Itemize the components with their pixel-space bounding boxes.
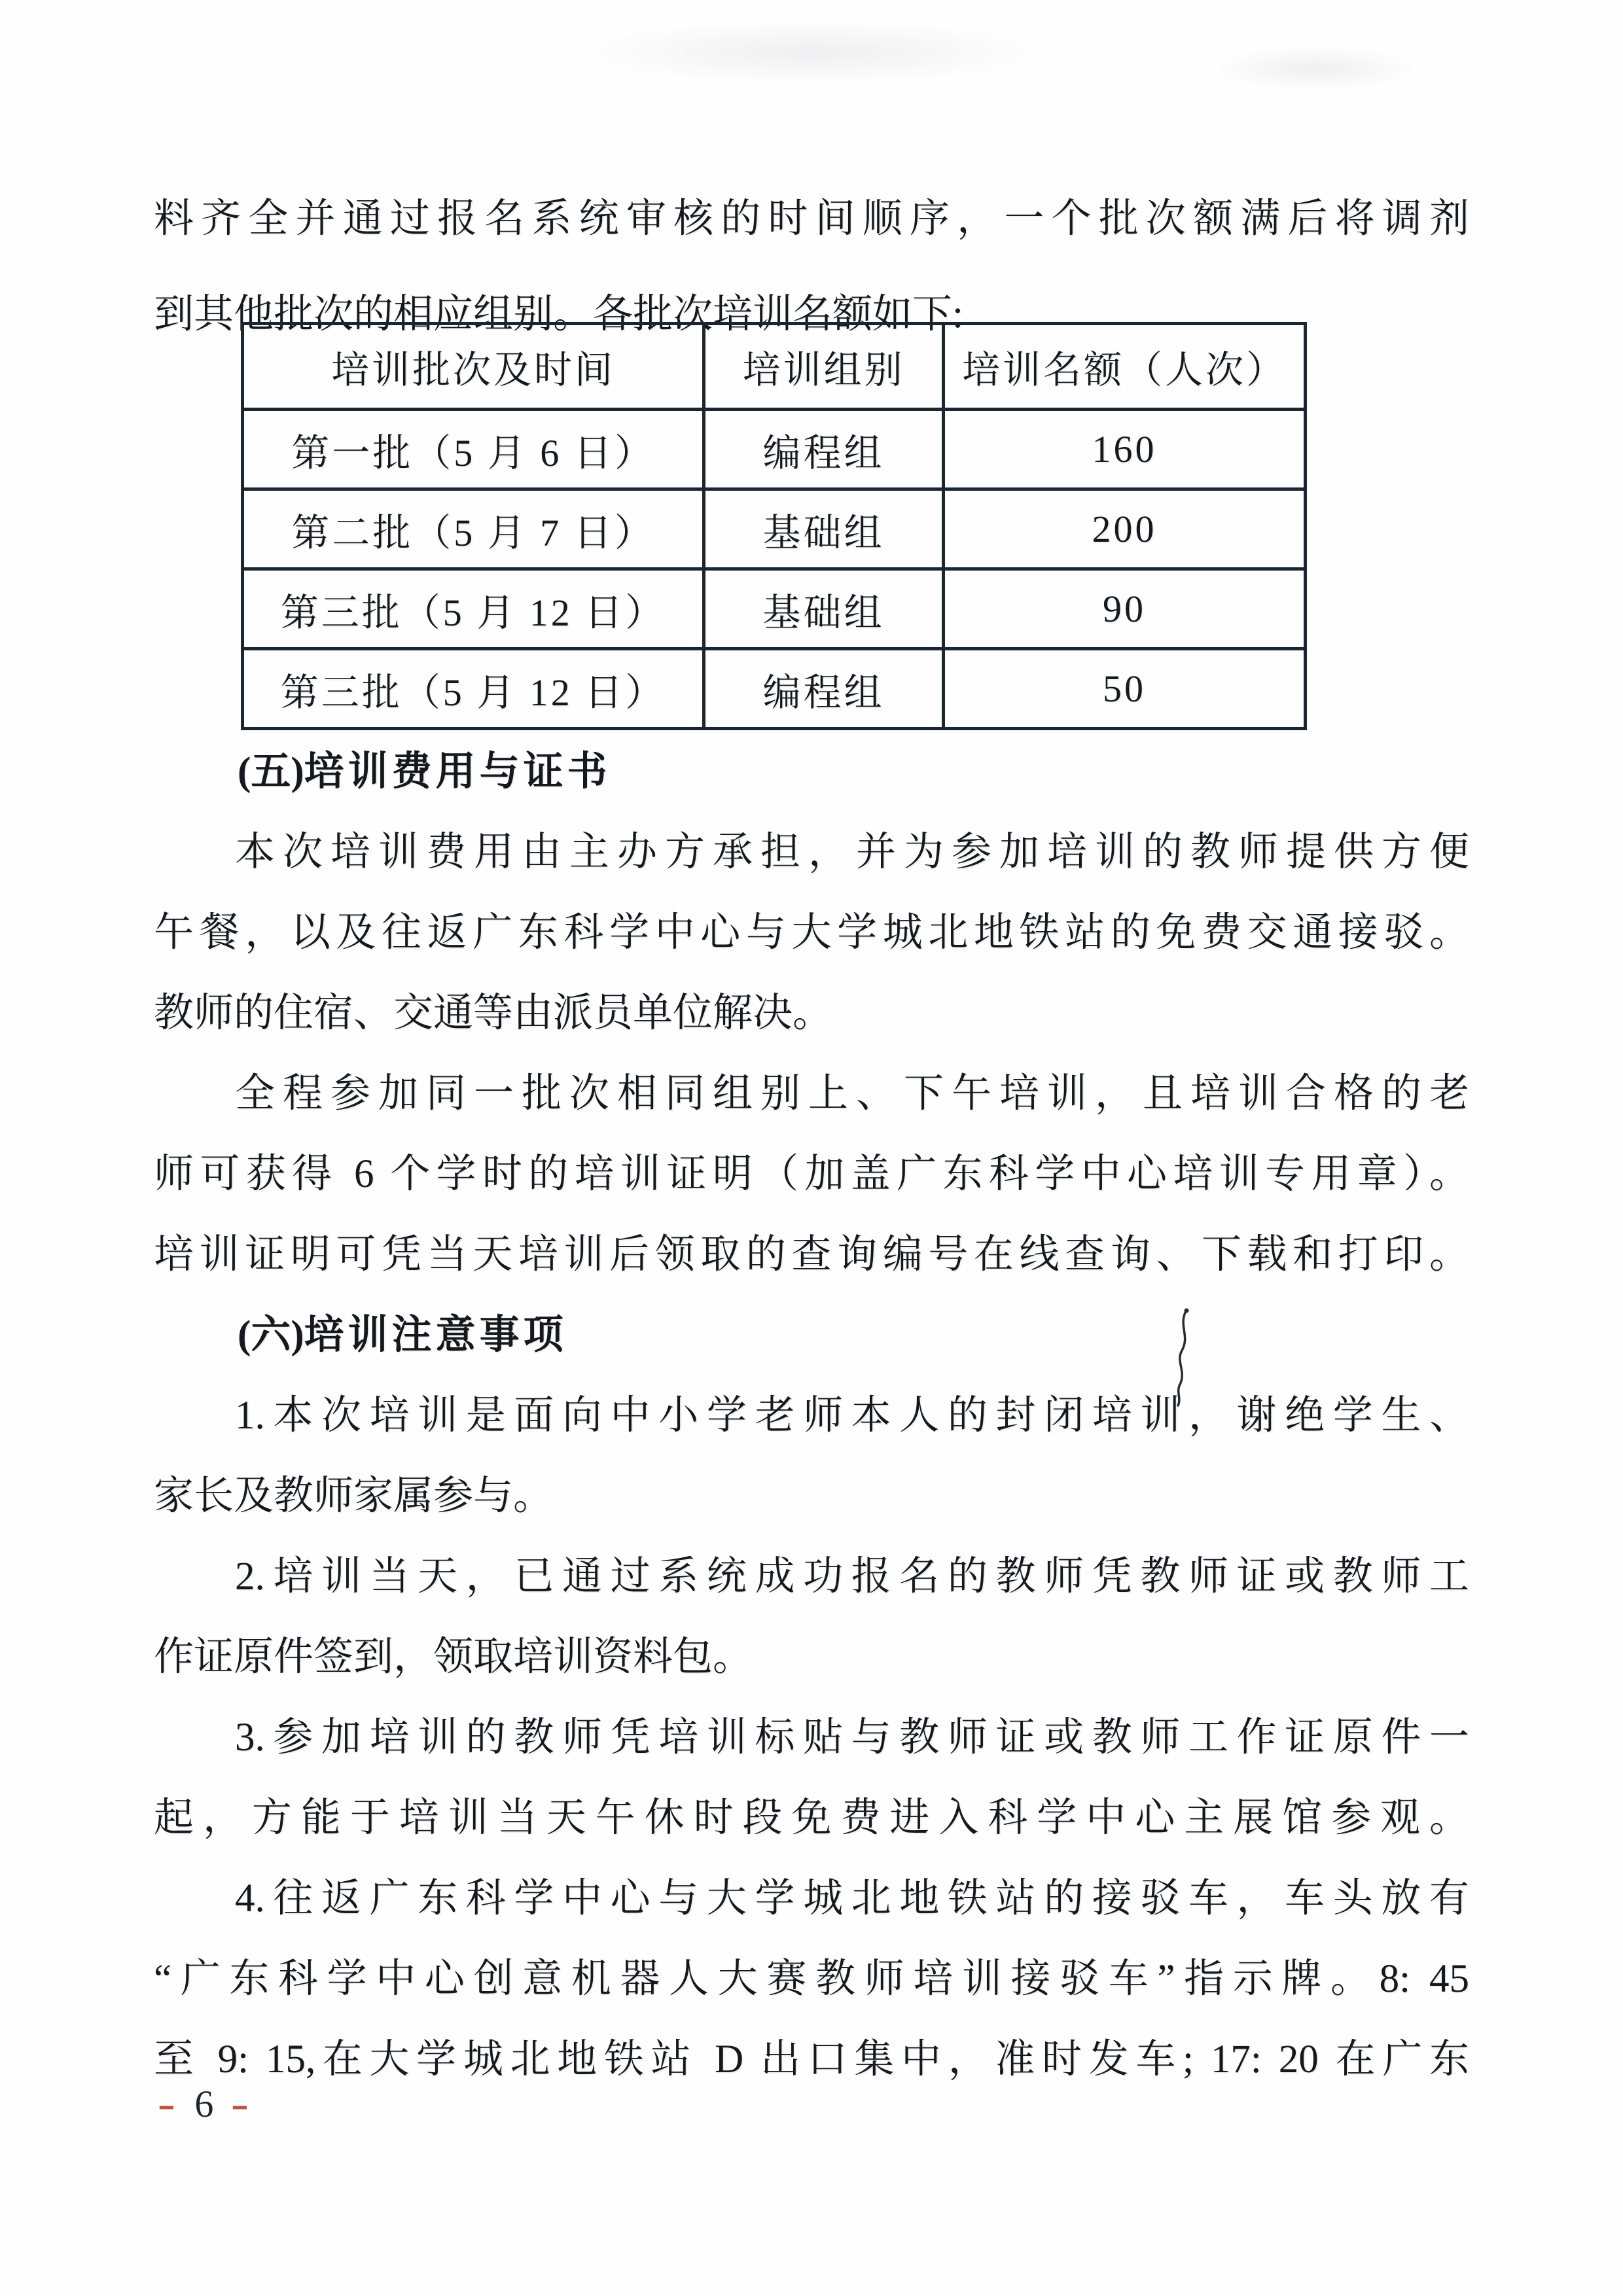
- pen-mark-icon: [1170, 1306, 1196, 1411]
- table-row: 第三批（5 月 12 日） 编程组 50: [243, 649, 1306, 729]
- training-quota-table: 培训批次及时间 培训组别 培训名额（人次） 第一批（5 月 6 日） 编程组 1…: [241, 322, 1307, 730]
- page-number-dash: -: [158, 2082, 181, 2126]
- table-row: 第一批（5 月 6 日） 编程组 160: [243, 410, 1306, 489]
- text-line: 4.往返广东科学中心与大学城北地铁站的接驳车，车头放有: [154, 1858, 1469, 1939]
- cell-quota: 50: [944, 649, 1306, 729]
- header-group: 培训组别: [704, 324, 944, 410]
- text-line: 2.培训当天，已通过系统成功报名的教师凭教师证或教师工: [154, 1536, 1469, 1617]
- cell-batch: 第三批（5 月 12 日）: [243, 569, 704, 649]
- cell-batch: 第三批（5 月 12 日）: [243, 649, 704, 729]
- text-line: “广东科学中心创意机器人大赛教师培训接驳车”指示牌。8: 45: [154, 1939, 1469, 2019]
- intro-line: 料齐全并通过报名系统审核的时间顺序，一个批次额满后将调剂: [154, 171, 1469, 267]
- section-number: (五): [238, 750, 304, 794]
- cell-group: 编程组: [704, 410, 944, 489]
- cell-group: 基础组: [704, 489, 944, 569]
- cell-quota: 200: [944, 489, 1306, 569]
- section-title: 培训注意事项: [304, 1313, 567, 1357]
- document-page: 料齐全并通过报名系统审核的时间顺序，一个批次额满后将调剂 到其他批次的相应组别。…: [0, 0, 1623, 2296]
- section-five-heading: (五)培训费用与证书: [154, 732, 1469, 812]
- text-line: 3.参加培训的教师凭培训标贴与教师证或教师工作证原件一: [154, 1697, 1469, 1778]
- section-title: 培训费用与证书: [304, 750, 611, 794]
- scan-smudge: [1211, 46, 1420, 92]
- page-number: - 6 -: [161, 2082, 251, 2126]
- text-line: 全程参加同一批次相同组别上、下午培训，且培训合格的老: [154, 1053, 1469, 1134]
- text-line: 培训证明可凭当天培训后领取的查询编号在线查询、下载和打印。: [154, 1214, 1469, 1295]
- table-row: 第二批（5 月 7 日） 基础组 200: [243, 489, 1306, 569]
- cell-batch: 第一批（5 月 6 日）: [243, 410, 704, 489]
- text-line: 师可获得 6 个学时的培训证明（加盖广东科学中心培训专用章）。: [154, 1134, 1469, 1214]
- text-line: 本次培训费用由主办方承担，并为参加培训的教师提供方便: [154, 812, 1469, 892]
- header-quota: 培训名额（人次）: [944, 324, 1306, 410]
- document-body: (五)培训费用与证书 本次培训费用由主办方承担，并为参加培训的教师提供方便 午餐…: [154, 732, 1469, 2100]
- text-line: 午餐，以及往返广东科学中心与大学城北地铁站的免费交通接驳。: [154, 892, 1469, 973]
- text-line: 起，方能于培训当天午休时段免费进入科学中心主展馆参观。: [154, 1778, 1469, 1858]
- cell-group: 基础组: [704, 569, 944, 649]
- scan-smudge: [576, 20, 1047, 85]
- text-line: 1.本次培训是面向中小学老师本人的封闭培训，谢绝学生、: [154, 1375, 1469, 1456]
- cell-group: 编程组: [704, 649, 944, 729]
- header-batch-time: 培训批次及时间: [243, 324, 704, 410]
- page-number-dash: -: [231, 2082, 254, 2126]
- text-line: 家长及教师家属参与。: [154, 1456, 1469, 1536]
- cell-quota: 90: [944, 569, 1306, 649]
- cell-quota: 160: [944, 410, 1306, 489]
- section-number: (六): [238, 1313, 304, 1357]
- section-six-heading: (六)培训注意事项: [154, 1295, 1469, 1375]
- text-line: 作证原件签到，领取培训资料包。: [154, 1617, 1469, 1697]
- text-line: 至 9: 15,在大学城北地铁站 D 出口集中，准时发车; 17: 20 在广东: [154, 2019, 1469, 2100]
- table-header-row: 培训批次及时间 培训组别 培训名额（人次）: [243, 324, 1306, 410]
- table-row: 第三批（5 月 12 日） 基础组 90: [243, 569, 1306, 649]
- text-line: 教师的住宿、交通等由派员单位解决。: [154, 973, 1469, 1053]
- page-number-value: 6: [194, 2082, 217, 2126]
- cell-batch: 第二批（5 月 7 日）: [243, 489, 704, 569]
